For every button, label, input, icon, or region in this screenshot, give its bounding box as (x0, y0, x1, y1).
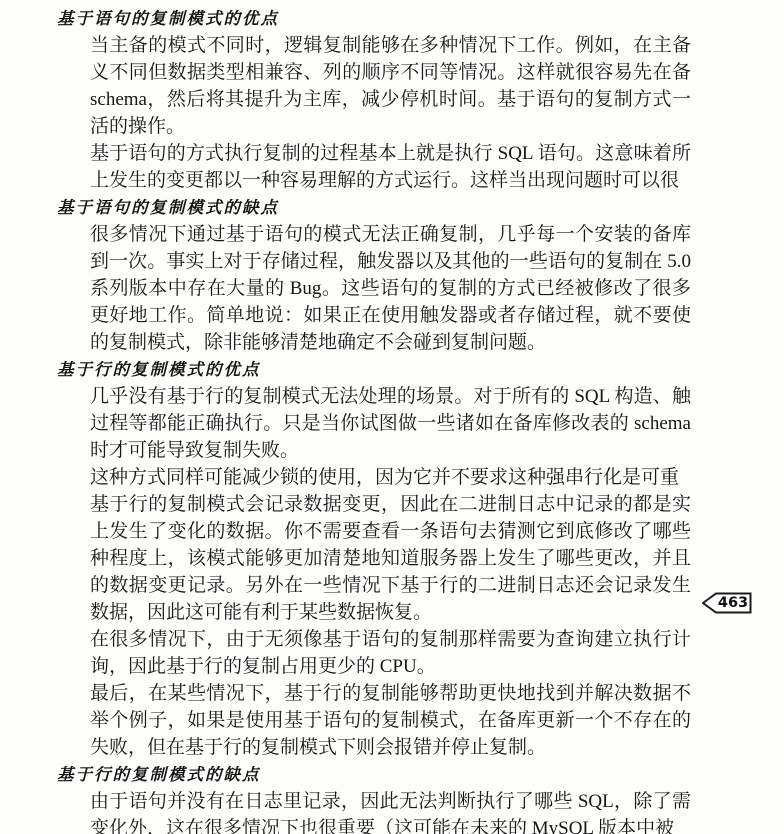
section: 基于语句的复制模式的缺点很多情况下通过基于语句的模式无法正确复制，几乎每一个安装… (90, 194, 691, 356)
text-line: 时才可能导致复制失败。 (90, 437, 691, 464)
text-line: 活的操作。 (90, 113, 691, 140)
section: 基于行的复制模式的优点几乎没有基于行的复制模式无法处理的场景。对于所有的 SQL… (90, 356, 691, 761)
text-line: 种程度上，该模式能够更加清楚地知道服务器上发生了哪些更改，并且有一个更好 (90, 545, 691, 572)
paragraph: 几乎没有基于行的复制模式无法处理的场景。对于所有的 SQL 构造、触发器、存储过… (90, 383, 691, 464)
text-line: 的数据变更记录。另外在一些情况下基于行的二进制日志还会记录发生改变之前的 (90, 572, 691, 599)
text-line: 数据，因此这可能有利于某些数据恢复。 (90, 599, 691, 626)
text-line: 上发生了变化的数据。你不需要查看一条语句去猜测它到底修改了哪些数据。在某 (90, 518, 691, 545)
text-line: schema，然后将其提升为主库，减少停机时间。基于语句的复制方式一般允许更灵 (90, 86, 691, 113)
section-heading: 基于语句的复制模式的缺点 (57, 194, 691, 221)
text-line: 更好地工作。简单地说：如果正在使用触发器或者存储过程，就不要使用基于语句 (90, 302, 691, 329)
paragraph: 最后，在某些情况下，基于行的复制能够帮助更快地找到并解决数据不一致的情况。举个例… (90, 680, 691, 761)
text-line: 过程等都能正确执行。只是当你试图做一些诸如在备库修改表的 schema 这样的事… (90, 410, 691, 437)
paragraph: 当主备的模式不同时，逻辑复制能够在多种情况下工作。例如，在主备上的表的定义不同但… (90, 32, 691, 140)
page-number: 463 (715, 591, 751, 615)
section-heading: 基于行的复制模式的缺点 (57, 761, 691, 788)
text-line: 很多情况下通过基于语句的模式无法正确复制，几乎每一个安装的备库都会至少碰 (90, 221, 691, 248)
book-page: 基于语句的复制模式的优点当主备的模式不同时，逻辑复制能够在多种情况下工作。例如，… (0, 0, 784, 834)
paragraph: 这种方式同样可能减少锁的使用，因为它并不要求这种强串行化是可重复的。 (90, 464, 691, 491)
text-line: 这种方式同样可能减少锁的使用，因为它并不要求这种强串行化是可重复的。 (90, 464, 691, 491)
page-number-badge: 463 (702, 591, 752, 615)
section-heading: 基于行的复制模式的优点 (57, 356, 691, 383)
text-line: 当主备的模式不同时，逻辑复制能够在多种情况下工作。例如，在主备上的表的定 (90, 32, 691, 59)
paragraph: 基于语句的方式执行复制的过程基本上就是执行 SQL 语句。这意味着所有在服务器上… (90, 140, 691, 194)
text-line: 失败，但在基于行的复制模式下则会报错并停止复制。 (90, 734, 691, 761)
text-line: 举个例子，如果是使用基于语句的复制模式，在备库更新一个不存在的记录时不会 (90, 707, 691, 734)
section: 基于行的复制模式的缺点由于语句并没有在日志里记录，因此无法判断执行了哪些 SQL… (90, 761, 691, 834)
text-line: 询，因此基于行的复制占用更少的 CPU。 (90, 653, 691, 680)
page-content: 基于语句的复制模式的优点当主备的模式不同时，逻辑复制能够在多种情况下工作。例如，… (90, 5, 691, 834)
text-line: 义不同但数据类型相兼容、列的顺序不同等情况。这样就很容易先在备库上修改 (90, 59, 691, 86)
text-line: 系列版本中存在大量的 Bug。这些语句的复制的方式已经被修改了很多次，以使其 (90, 275, 691, 302)
text-line: 在很多情况下，由于无须像基于语句的复制那样需要为查询建立执行计划并执行查 (90, 626, 691, 653)
paragraph: 很多情况下通过基于语句的模式无法正确复制，几乎每一个安装的备库都会至少碰到一次。… (90, 221, 691, 356)
paragraph: 在很多情况下，由于无须像基于语句的复制那样需要为查询建立执行计划并执行查询，因此… (90, 626, 691, 680)
text-line: 几乎没有基于行的复制模式无法处理的场景。对于所有的 SQL 构造、触发器、存储 (90, 383, 691, 410)
text-line: 到一次。事实上对于存储过程，触发器以及其他的一些语句的复制在 5.0 和 5.1… (90, 248, 691, 275)
text-line: 的复制模式，除非能够清楚地确定不会碰到复制问题。 (90, 329, 691, 356)
section-heading: 基于语句的复制模式的优点 (57, 5, 691, 32)
text-line: 变化外，这在很多情况下也很重要（这可能在未来的 MySQL 版本中被修复）。 (90, 815, 691, 834)
text-line: 最后，在某些情况下，基于行的复制能够帮助更快地找到并解决数据不一致的情况。 (90, 680, 691, 707)
text-line: 上发生的变更都以一种容易理解的方式运行。这样当出现问题时可以很好地去定位。 (90, 167, 691, 194)
paragraph: 由于语句并没有在日志里记录，因此无法判断执行了哪些 SQL，除了需要知道行的变化… (90, 788, 691, 834)
text-line: 基于行的复制模式会记录数据变更，因此在二进制日志中记录的都是实际上在主库 (90, 491, 691, 518)
text-line: 基于语句的方式执行复制的过程基本上就是执行 SQL 语句。这意味着所有在服务器 (90, 140, 691, 167)
paragraph: 基于行的复制模式会记录数据变更，因此在二进制日志中记录的都是实际上在主库上发生了… (90, 491, 691, 626)
text-line: 由于语句并没有在日志里记录，因此无法判断执行了哪些 SQL，除了需要知道行的 (90, 788, 691, 815)
section: 基于语句的复制模式的优点当主备的模式不同时，逻辑复制能够在多种情况下工作。例如，… (90, 5, 691, 194)
